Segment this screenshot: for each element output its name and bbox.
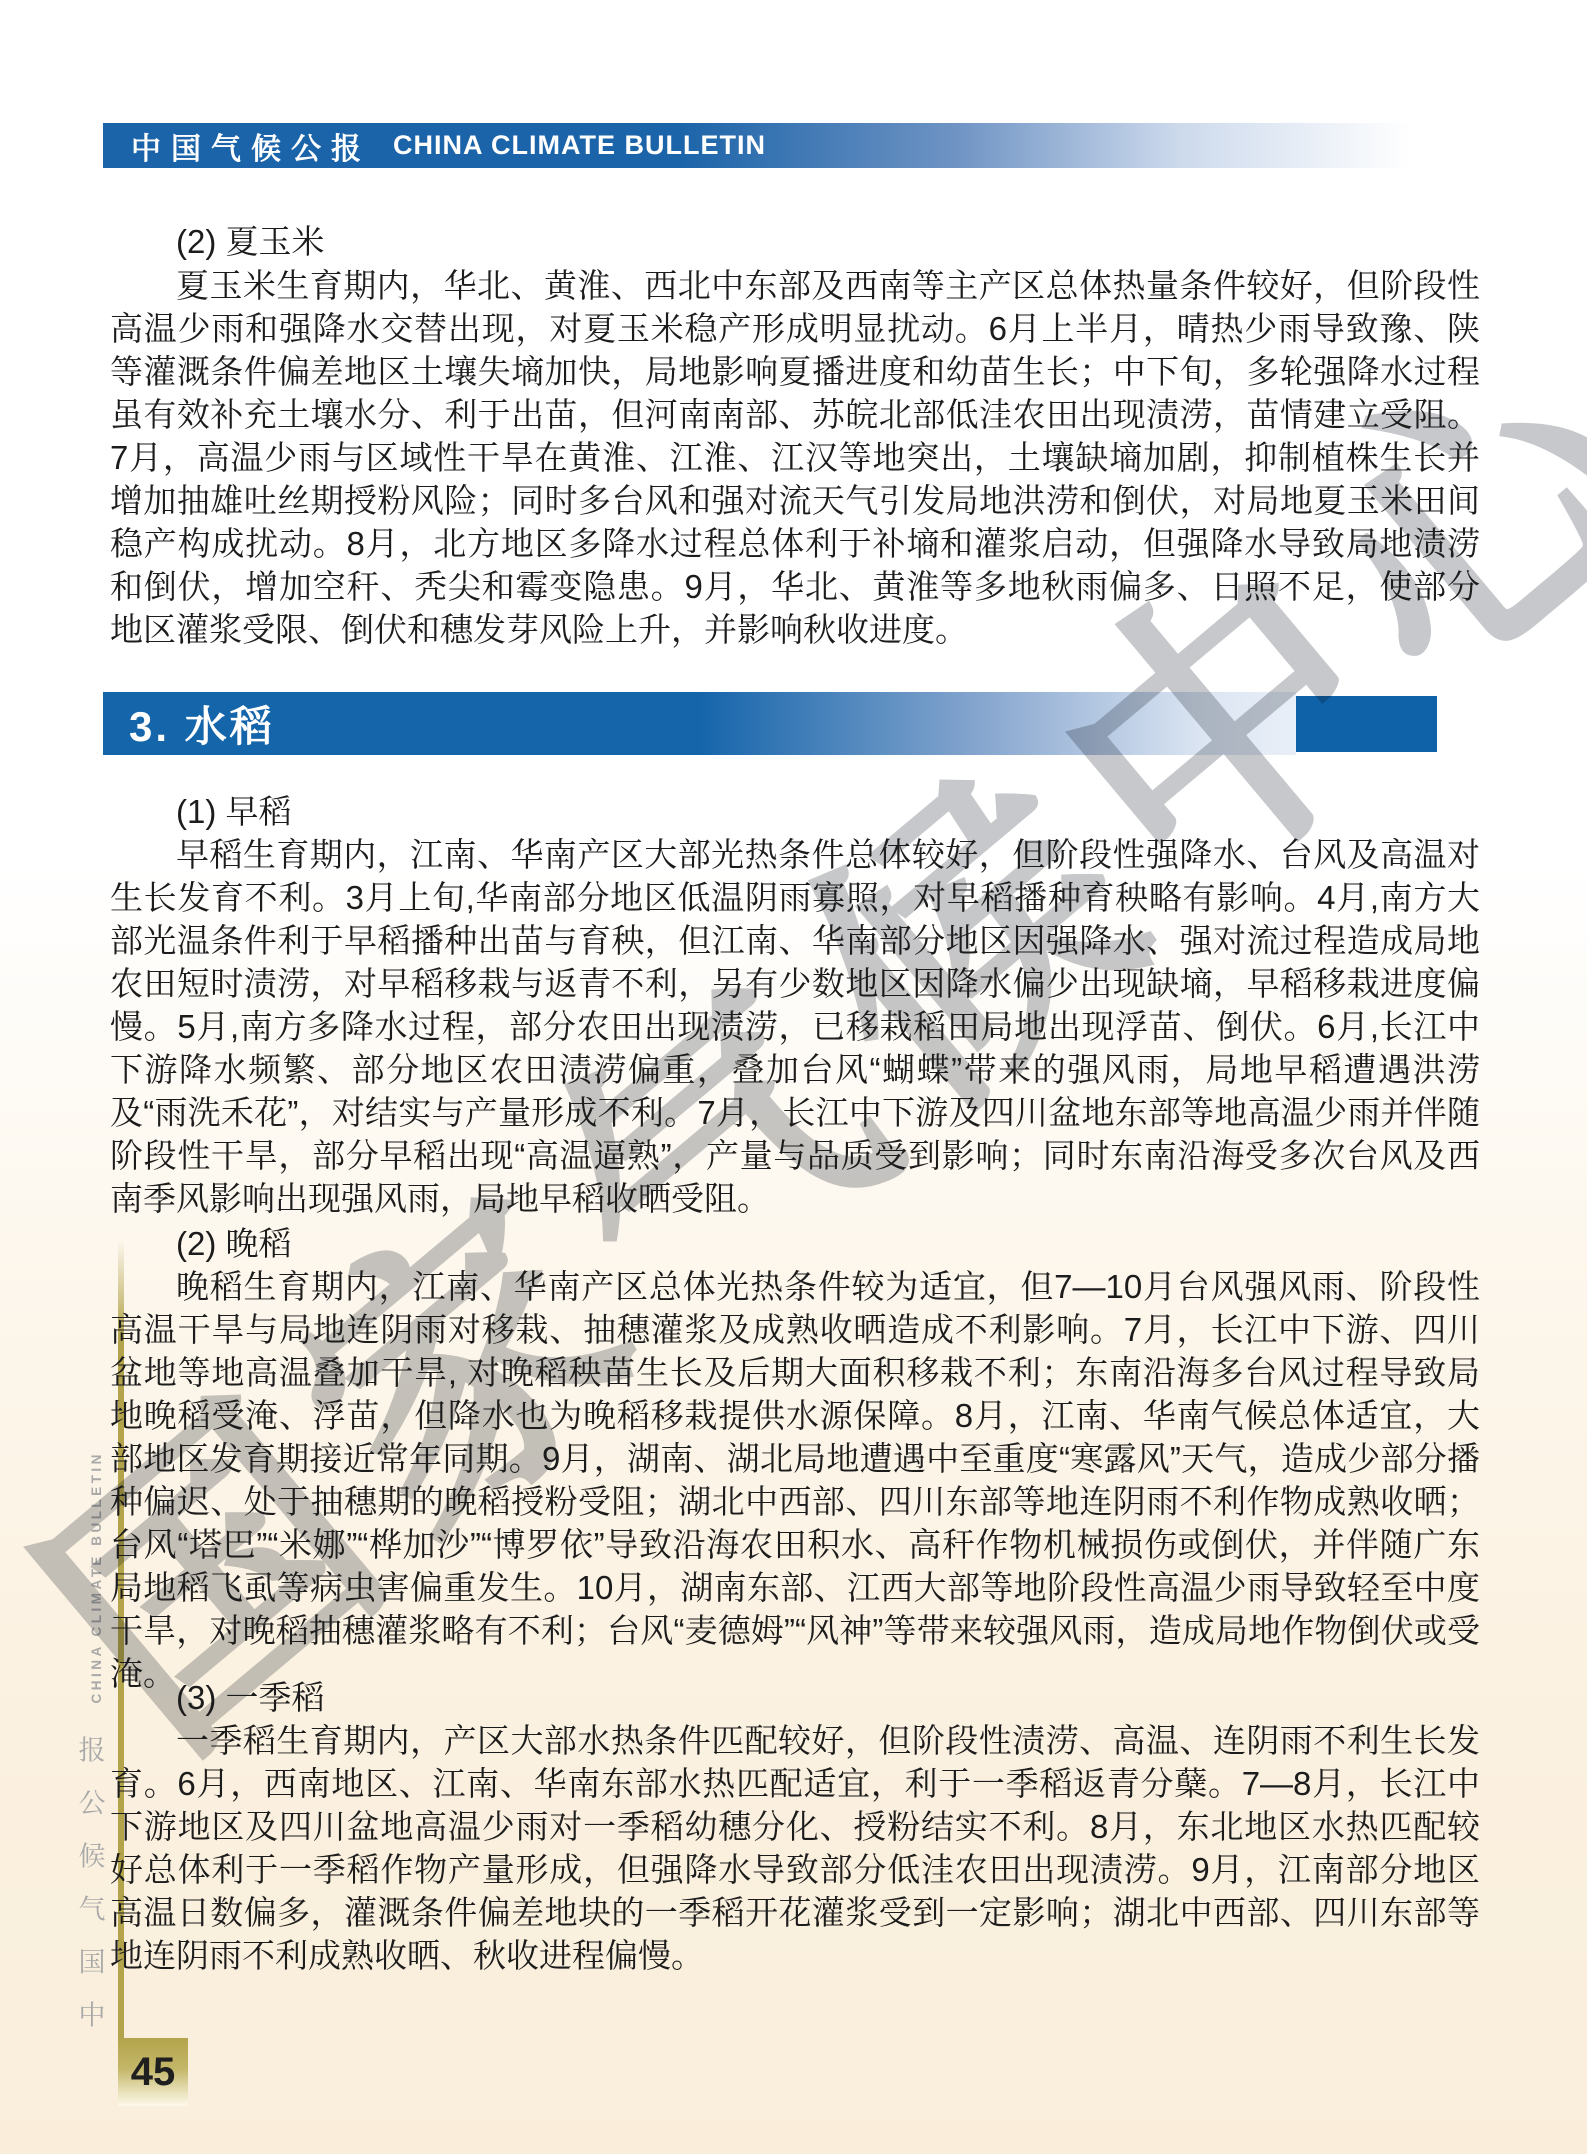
subsection-heading-summer-corn: (2) 夏玉米 bbox=[110, 220, 1480, 263]
paragraph-early-rice: 早稻生育期内，江南、华南产区大部光热条件总体较好，但阶段性强降水、台风及高温对生… bbox=[110, 833, 1480, 1220]
page-number-badge: 45 bbox=[118, 2038, 188, 2106]
section-bar-rice: 3. 水稻 bbox=[103, 692, 1296, 755]
section-title: 3. 水稻 bbox=[103, 694, 275, 754]
section-bar-end-block bbox=[1296, 696, 1437, 752]
header-title-en: CHINA CLIMATE BULLETIN bbox=[393, 130, 766, 161]
paragraph-summer-corn: 夏玉米生育期内，华北、黄淮、西北中东部及西南等主产区总体热量条件较好，但阶段性高… bbox=[110, 264, 1480, 651]
subsection-heading-early-rice: (1) 早稻 bbox=[110, 790, 1480, 833]
sidebar-title-zh: 中国气候公报 bbox=[88, 1724, 105, 2042]
header-bar: 中国气候公报 CHINA CLIMATE BULLETIN bbox=[103, 123, 1480, 168]
sidebar-vertical-title: 中国气候公报 CHINA CLIMATE BULLETIN bbox=[74, 1451, 110, 2042]
sidebar-title-en: CHINA CLIMATE BULLETIN bbox=[89, 1451, 104, 1703]
subsection-heading-single-rice: (3) 一季稻 bbox=[110, 1676, 1480, 1719]
page-number: 45 bbox=[131, 2050, 176, 2095]
header-title-zh: 中国气候公报 bbox=[103, 124, 371, 168]
document-page: 中国气候公报 CHINA CLIMATE BULLETIN 3. 水稻 国家气候… bbox=[0, 0, 1587, 2154]
paragraph-late-rice: 晚稻生育期内，江南、华南产区总体光热条件较为适宜，但7—10月台风强风雨、阶段性… bbox=[110, 1265, 1480, 1695]
subsection-heading-late-rice: (2) 晚稻 bbox=[110, 1222, 1480, 1265]
paragraph-single-rice: 一季稻生育期内，产区大部水热条件匹配较好，但阶段性渍涝、高温、连阴雨不利生长发育… bbox=[110, 1719, 1480, 1977]
